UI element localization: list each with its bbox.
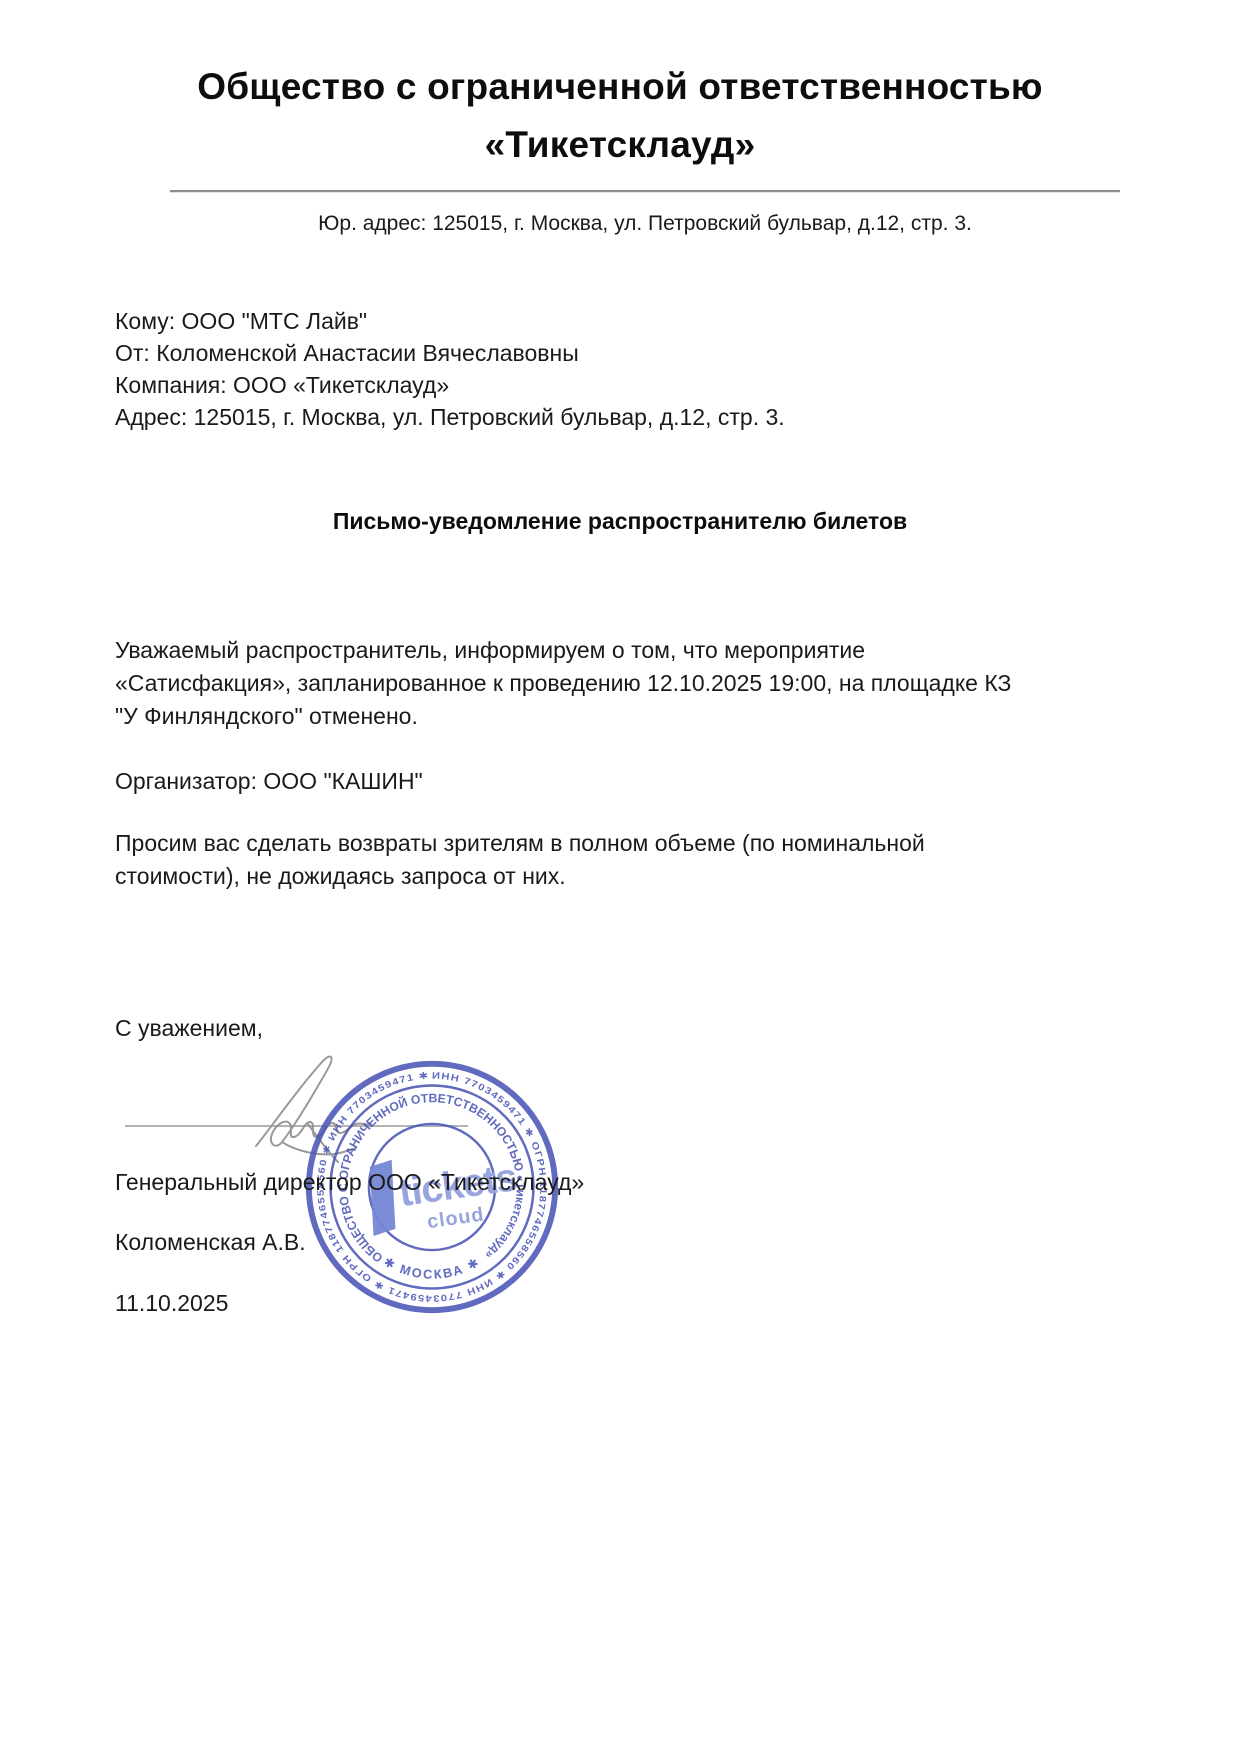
letterhead: Общество с ограниченной ответственностью… xyxy=(0,58,1240,174)
letterhead-title-line2: «Тикетсклауд» xyxy=(0,116,1240,174)
body-paragraph-2: Просим вас сделать возвраты зрителям в п… xyxy=(115,827,1035,893)
organizer-line: Организатор: ООО "КАШИН" xyxy=(115,765,1035,798)
signer-name: Коломенская А.В. xyxy=(115,1226,1035,1259)
recipient-company: Компания: ООО «Тикетсклауд» xyxy=(115,369,1095,401)
closing-line: С уважением, xyxy=(115,1012,1035,1045)
letterhead-title-line1: Общество с ограниченной ответственностью xyxy=(0,58,1240,116)
letterhead-divider xyxy=(170,190,1120,192)
body-paragraph-1: Уважаемый распространитель, информируем … xyxy=(115,634,1035,733)
letter-page: Общество с ограниченной ответственностью… xyxy=(0,0,1240,1755)
letter-date: 11.10.2025 xyxy=(115,1287,1035,1320)
subject-heading: Письмо-уведомление распространителю биле… xyxy=(0,508,1240,535)
recipient-to: Кому: ООО "МТС Лайв" xyxy=(115,305,1095,337)
recipient-block: Кому: ООО "МТС Лайв" От: Коломенской Ана… xyxy=(115,305,1095,433)
legal-address: Юр. адрес: 125015, г. Москва, ул. Петров… xyxy=(170,210,1120,238)
director-line: Генеральный директор ООО «Тикетсклауд» xyxy=(115,1166,1035,1199)
recipient-from: От: Коломенской Анастасии Вячеславовны xyxy=(115,337,1095,369)
recipient-address: Адрес: 125015, г. Москва, ул. Петровский… xyxy=(115,401,1095,433)
